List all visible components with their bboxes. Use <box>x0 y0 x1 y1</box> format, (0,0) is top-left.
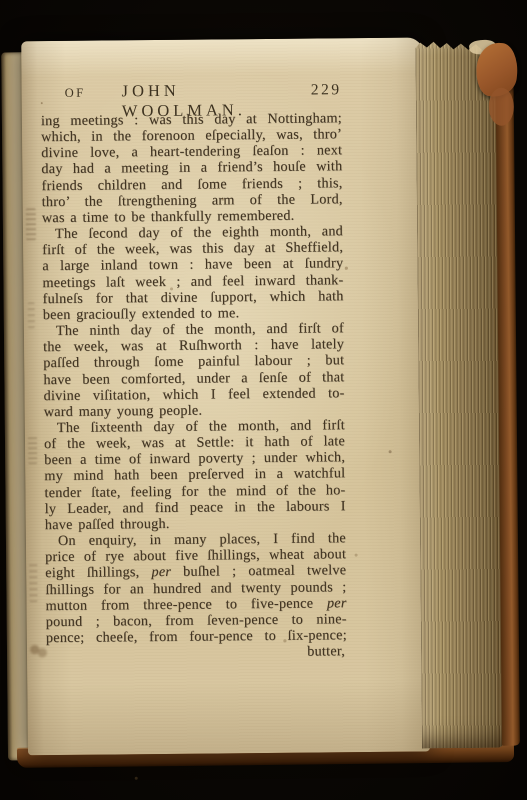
italic-word: per <box>151 564 171 580</box>
text-segment: thro’ the ſtrengthening arm of the Lord, <box>42 191 343 210</box>
text-block: ing meetings : was this day at Nottingha… <box>41 110 347 662</box>
text-segment: buſhel ; oatmeal twelve <box>171 563 346 581</box>
text-line: divine viſitation, which I feel extended… <box>43 385 344 404</box>
text-line: ly Leader, and find peace in the labours… <box>45 498 346 517</box>
page-number: 229 <box>311 81 342 99</box>
text-segment: eight ſhillings, <box>45 564 151 581</box>
text-segment: pence; cheeſe, from four-pence to ſix-pe… <box>46 627 347 646</box>
text-line: thro’ the ſtrengthening arm of the Lord, <box>42 191 343 210</box>
text-segment: butter, <box>307 643 345 659</box>
text-segment: have paſſed through. <box>45 516 170 533</box>
text-segment: been graciouſly extended to me. <box>43 305 240 323</box>
running-head-prefix: OF <box>41 86 86 101</box>
text-segment: divine viſitation, which I feel extended… <box>43 385 344 404</box>
fore-edge-page-stack <box>415 40 505 749</box>
text-segment: ly Leader, and find peace in the labours… <box>45 498 346 517</box>
foxing-specks <box>41 102 43 104</box>
text-segment: fulneſs for that divine ſupport, which h… <box>43 288 344 307</box>
catchword: butter, <box>46 643 347 662</box>
torn-corner-patch-lower <box>489 88 514 126</box>
text-line: pence; cheeſe, from four-pence to ſix-pe… <box>46 627 347 646</box>
text-segment: ward many young people. <box>44 402 203 420</box>
photo-background: OF JOHN WOOLMAN. 229 ing meetings : was … <box>0 0 527 800</box>
italic-word: per <box>327 595 347 611</box>
book: OF JOHN WOOLMAN. 229 ing meetings : was … <box>0 0 527 800</box>
text-line: fulneſs for that divine ſupport, which h… <box>43 288 344 307</box>
